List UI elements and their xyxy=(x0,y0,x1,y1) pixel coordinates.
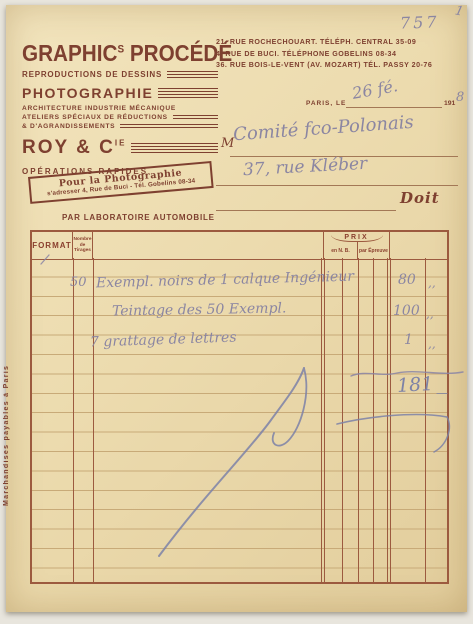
column-divider xyxy=(390,258,391,582)
rule-lines xyxy=(120,124,218,130)
column-divider xyxy=(387,258,388,582)
photographie-row: PHOTOGRAPHIE xyxy=(22,85,218,101)
column-divider xyxy=(373,258,374,582)
header-prix-sub-right: par Épreuve xyxy=(358,242,389,259)
row-amount: 1 xyxy=(404,332,413,348)
recipient-prefix: M xyxy=(221,136,234,151)
recipient-rule-2 xyxy=(216,184,458,186)
column-divider xyxy=(321,258,322,582)
address-line: 21. RUE ROCHECHOUART. TÉLÉPH. CENTRAL 35… xyxy=(216,37,456,49)
service-line-3: & D'AGRANDISSEMENTS xyxy=(22,123,115,130)
company-name: ROY & CIE xyxy=(22,137,126,159)
header-prix-sub-left: en N. B. xyxy=(324,242,358,259)
brand-subtitle-row: REPRODUCTIONS DE DESSINS xyxy=(22,70,218,79)
rule-lines xyxy=(158,88,218,98)
column-divider xyxy=(93,258,94,582)
doit-label: Doit xyxy=(400,189,440,207)
header-nombre-l3: Tirages xyxy=(74,248,91,253)
header-amount xyxy=(390,232,447,259)
row-amount: 100 xyxy=(393,303,420,319)
service-line-1: ARCHITECTURE INDUSTRIE MÉCANIQUE xyxy=(22,105,218,112)
rule-lines xyxy=(173,115,218,121)
header-description xyxy=(93,232,324,259)
dateline-prefix: PARIS, LE xyxy=(306,100,346,107)
brand-title-left: GRAPHIC xyxy=(22,40,117,66)
service-line-2-row: ATELIERS SPÉCIAUX DE RÉDUCTIONS xyxy=(22,114,218,121)
address-block: 21. RUE ROCHECHOUART. TÉLÉPH. CENTRAL 35… xyxy=(216,37,456,72)
address-line: 36. RUE BOIS-LE-VENT (AV. MOZART) TÉL. P… xyxy=(216,60,456,72)
row-nombre-value: 50 xyxy=(70,275,87,290)
rule-lines xyxy=(167,71,218,79)
dateline-rule xyxy=(346,106,442,108)
header-prix-subrow: en N. B. par Épreuve xyxy=(324,242,389,259)
letterhead-left-block: GRAPHICS PROCÉDÉ REPRODUCTIONS DE DESSIN… xyxy=(22,40,218,176)
header-nombre: Nombre de Tirages xyxy=(73,232,93,259)
total-cents: — xyxy=(436,386,448,400)
company-row: ROY & CIE xyxy=(22,137,218,159)
header-format: FORMAT xyxy=(32,232,73,259)
brand-title: GRAPHICS PROCÉDÉ xyxy=(22,40,198,67)
header-prix-group: PRIX en N. B. par Épreuve xyxy=(324,232,390,259)
address-line: 4. RUE DE BUCI. TÉLÉPHONE GOBELINS 08-34 xyxy=(216,49,456,61)
company-name-sup: IE xyxy=(115,139,127,148)
total-amount: 181 xyxy=(396,373,433,397)
laboratory-line: PAR LABORATOIRE AUTOMOBILE xyxy=(62,213,215,222)
row-amount: 80 xyxy=(398,272,416,288)
column-divider xyxy=(358,258,359,582)
row-cents: ,, xyxy=(426,307,434,321)
row-description: Teintage des 50 Exempl. xyxy=(112,300,287,319)
scanned-invoice-page: GRAPHICS PROCÉDÉ REPRODUCTIONS DE DESSIN… xyxy=(0,0,473,624)
column-divider xyxy=(342,258,343,582)
service-line-3-row: & D'AGRANDISSEMENTS xyxy=(22,123,218,130)
header-prix: PRIX xyxy=(331,232,383,242)
column-divider xyxy=(324,258,325,582)
row-cents: ,, xyxy=(428,337,436,351)
service-line-2: ATELIERS SPÉCIAUX DE RÉDUCTIONS xyxy=(22,114,168,121)
handwritten-year-digit: 8 xyxy=(456,90,464,105)
sheet-number: 757 xyxy=(400,12,440,32)
column-divider xyxy=(73,258,74,582)
brand-subtitle: REPRODUCTIONS DE DESSINS xyxy=(22,70,162,79)
table-header-row: FORMAT Nombre de Tirages PRIX en N. B. p… xyxy=(32,232,447,260)
dateline-year-printed: 191 xyxy=(444,100,455,107)
recipient-rule-3 xyxy=(216,209,396,211)
row-cents: ,, xyxy=(428,276,436,290)
brand-title-sup: S xyxy=(117,43,124,55)
rule-lines xyxy=(131,143,218,153)
section-photographie: PHOTOGRAPHIE xyxy=(22,85,153,101)
side-note-vertical: Marchandises payables à Paris xyxy=(3,316,10,506)
